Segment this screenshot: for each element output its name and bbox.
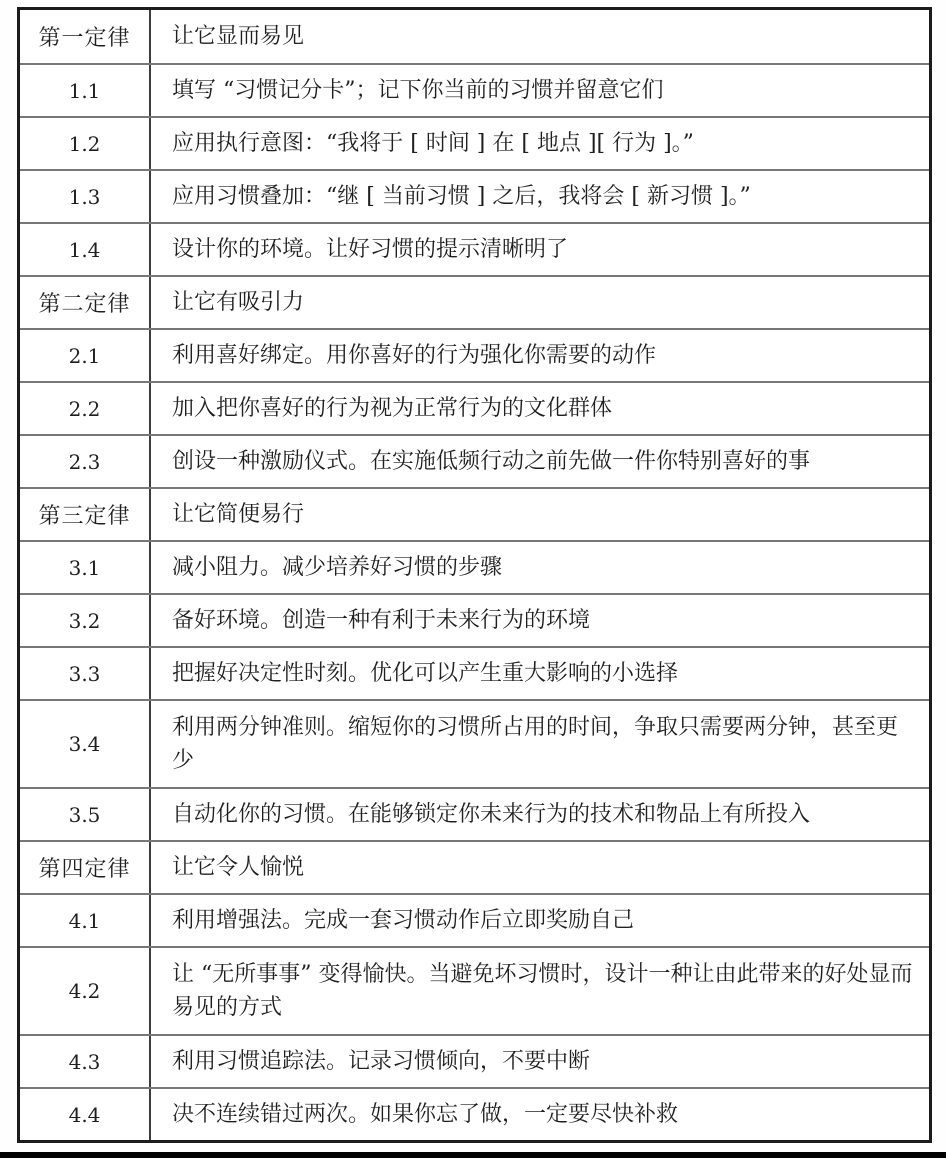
table-row: 4.3利用习惯追踪法。记录习惯倾向，不要中断 [20,1034,929,1087]
step-number-cell: 4.3 [20,1036,151,1087]
description-cell: 让它显而易见 [151,10,929,63]
description-cell: 利用两分钟准则。缩短你的习惯所占用的时间，争取只需要两分钟，甚至更少 [151,701,929,787]
step-number-cell: 1.3 [20,171,151,222]
description-cell: 利用增强法。完成一套习惯动作后立即奖励自己 [151,895,929,946]
description-cell: 自动化你的习惯。在能够锁定你未来行为的技术和物品上有所投入 [151,789,929,840]
page-bottom-rule [0,1152,946,1158]
law-label-cell: 第四定律 [20,842,151,893]
table-row: 1.4设计你的环境。让好习惯的提示清晰明了 [20,222,929,275]
law-label-cell: 第一定律 [20,10,151,63]
step-number-cell: 2.3 [20,436,151,487]
law-label-cell: 第三定律 [20,489,151,540]
description-cell: 应用习惯叠加：“继 [ 当前习惯 ] 之后，我将会 [ 新习惯 ]。” [151,171,929,222]
law-header-row: 第一定律让它显而易见 [20,10,929,63]
table-row: 2.2加入把你喜好的行为视为正常行为的文化群体 [20,381,929,434]
description-cell: 让它有吸引力 [151,277,929,328]
step-number-cell: 4.4 [20,1089,151,1140]
table-row: 1.3应用习惯叠加：“继 [ 当前习惯 ] 之后，我将会 [ 新习惯 ]。” [20,169,929,222]
description-cell: 备好环境。创造一种有利于未来行为的环境 [151,595,929,646]
table-row: 4.2让 “无所事事” 变得愉快。当避免坏习惯时，设计一种让由此带来的好处显而易… [20,946,929,1034]
description-cell: 让它简便易行 [151,489,929,540]
step-number-cell: 3.2 [20,595,151,646]
table-row: 2.1利用喜好绑定。用你喜好的行为强化你需要的动作 [20,328,929,381]
step-number-cell: 4.2 [20,948,151,1034]
law-label-cell: 第二定律 [20,277,151,328]
description-cell: 让它令人愉悦 [151,842,929,893]
table-row: 3.3把握好决定性时刻。优化可以产生重大影响的小选择 [20,646,929,699]
laws-table: 第一定律让它显而易见1.1填写 “习惯记分卡”；记下你当前的习惯并留意它们1.2… [17,7,932,1143]
step-number-cell: 1.1 [20,65,151,116]
step-number-cell: 2.1 [20,330,151,381]
step-number-cell: 3.3 [20,648,151,699]
law-header-row: 第四定律让它令人愉悦 [20,840,929,893]
table-row: 4.1利用增强法。完成一套习惯动作后立即奖励自己 [20,893,929,946]
description-cell: 设计你的环境。让好习惯的提示清晰明了 [151,224,929,275]
table-row: 3.5自动化你的习惯。在能够锁定你未来行为的技术和物品上有所投入 [20,787,929,840]
description-cell: 应用执行意图：“我将于 [ 时间 ] 在 [ 地点 ][ 行为 ]。” [151,118,929,169]
table-row: 3.4利用两分钟准则。缩短你的习惯所占用的时间，争取只需要两分钟，甚至更少 [20,699,929,787]
step-number-cell: 4.1 [20,895,151,946]
description-cell: 加入把你喜好的行为视为正常行为的文化群体 [151,383,929,434]
step-number-cell: 3.1 [20,542,151,593]
description-cell: 填写 “习惯记分卡”；记下你当前的习惯并留意它们 [151,65,929,116]
description-cell: 减小阻力。减少培养好习惯的步骤 [151,542,929,593]
step-number-cell: 1.2 [20,118,151,169]
step-number-cell: 3.4 [20,701,151,787]
description-cell: 把握好决定性时刻。优化可以产生重大影响的小选择 [151,648,929,699]
table-row: 3.2备好环境。创造一种有利于未来行为的环境 [20,593,929,646]
description-cell: 利用习惯追踪法。记录习惯倾向，不要中断 [151,1036,929,1087]
table-row: 3.1减小阻力。减少培养好习惯的步骤 [20,540,929,593]
law-header-row: 第三定律让它简便易行 [20,487,929,540]
step-number-cell: 2.2 [20,383,151,434]
table-row: 1.2应用执行意图：“我将于 [ 时间 ] 在 [ 地点 ][ 行为 ]。” [20,116,929,169]
table-row: 4.4决不连续错过两次。如果你忘了做，一定要尽快补救 [20,1087,929,1140]
table-row: 2.3创设一种激励仪式。在实施低频行动之前先做一件你特别喜好的事 [20,434,929,487]
step-number-cell: 1.4 [20,224,151,275]
description-cell: 利用喜好绑定。用你喜好的行为强化你需要的动作 [151,330,929,381]
description-cell: 创设一种激励仪式。在实施低频行动之前先做一件你特别喜好的事 [151,436,929,487]
table-row: 1.1填写 “习惯记分卡”；记下你当前的习惯并留意它们 [20,63,929,116]
law-header-row: 第二定律让它有吸引力 [20,275,929,328]
step-number-cell: 3.5 [20,789,151,840]
description-cell: 决不连续错过两次。如果你忘了做，一定要尽快补救 [151,1089,929,1140]
scanned-book-page: 第一定律让它显而易见1.1填写 “习惯记分卡”；记下你当前的习惯并留意它们1.2… [0,0,946,1158]
description-cell: 让 “无所事事” 变得愉快。当避免坏习惯时，设计一种让由此带来的好处显而易见的方… [151,948,929,1034]
